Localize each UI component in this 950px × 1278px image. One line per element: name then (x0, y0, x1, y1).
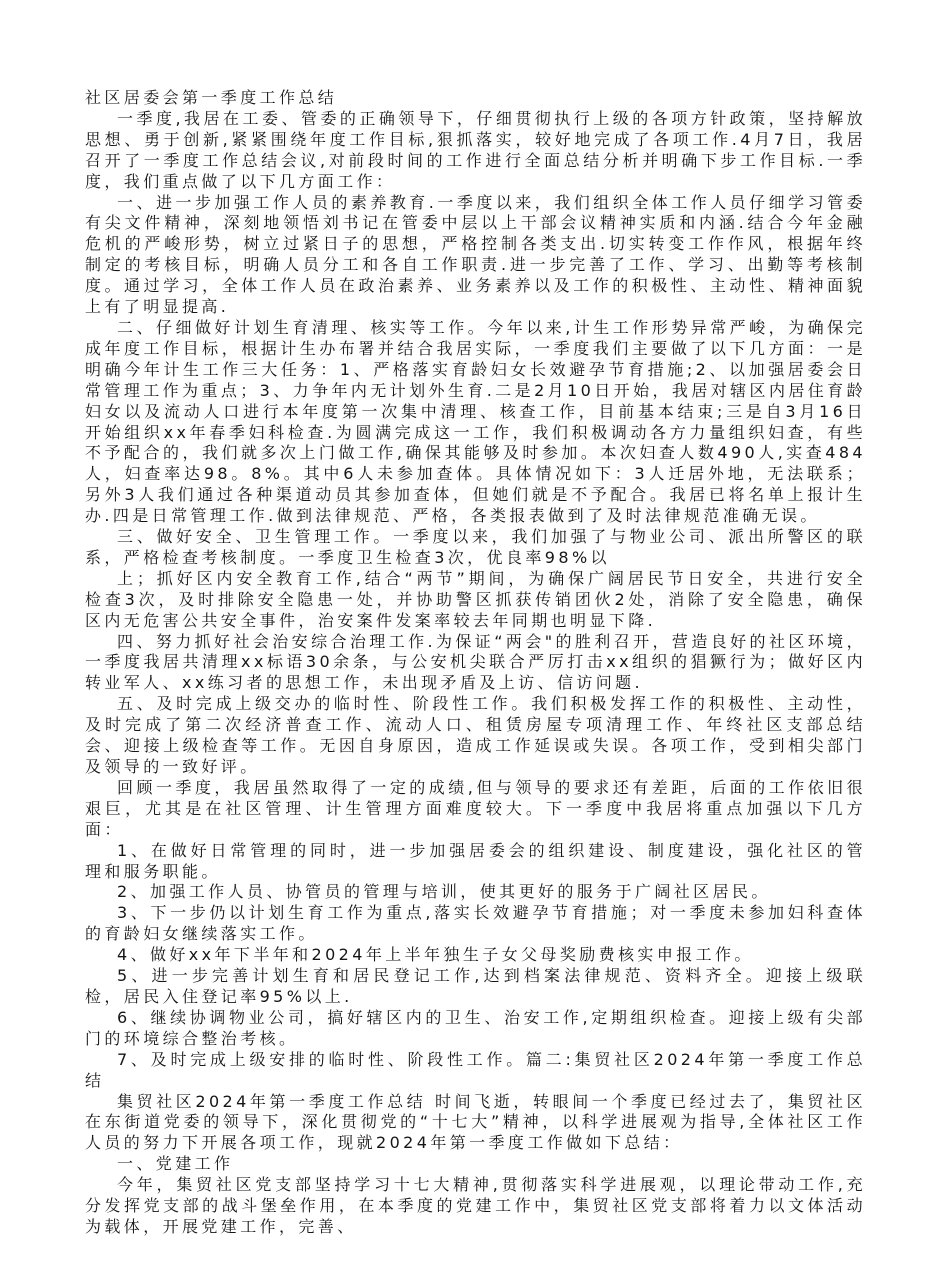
paragraph: 五、及时完成上级交办的临时性、阶段性工作。我们积极发挥工作的积极性、主动性，及时… (85, 694, 866, 778)
paragraph: 集贸社区2024年第一季度工作总结 时间飞逝，转眼间一个季度已经过去了，集贸社区… (85, 1092, 866, 1155)
paragraph: 回顾一季度，我居虽然取得了一定的成绩,但与领导的要求还有差距，后面的工作依旧很艰… (85, 778, 866, 841)
paragraph: 4、做好xx年下半年和2024年上半年独生子女父母奖励费核实申报工作。 (85, 945, 866, 966)
paragraph: 三、做好安全、卫生管理工作。一季度以来，我们加强了与物业公司、派出所警区的联系，… (85, 527, 866, 569)
paragraph: 1、在做好日常管理的同时，进一步加强居委会的组织建设、制度建设，强化社区的管理和… (85, 841, 866, 883)
paragraph: 四、努力抓好社会治安综合治理工作.为保证“两会"的胜利召开，营造良好的社区环境，… (85, 632, 866, 695)
paragraph: 一季度,我居在工委、管委的正确领导下，仔细贯彻执行上级的各项方针政策，坚持解放思… (85, 109, 866, 193)
paragraph: 一、进一步加强工作人员的素养教育.一季度以来，我们组织全体工作人员仔细学习管委有… (85, 193, 866, 318)
document-body: 一季度,我居在工委、管委的正确领导下，仔细贯彻执行上级的各项方针政策，坚持解放思… (85, 109, 866, 1238)
document-title: 社区居委会第一季度工作总结 (85, 88, 866, 109)
paragraph: 上；抓好区内安全教育工作,结合“两节”期间，为确保广阔居民节日安全，共进行安全检… (85, 569, 866, 632)
document-page: 社区居委会第一季度工作总结 一季度,我居在工委、管委的正确领导下，仔细贯彻执行上… (0, 0, 950, 1278)
paragraph: 一、党建工作 (85, 1154, 866, 1175)
paragraph: 今年，集贸社区党支部坚持学习十七大精神,贯彻落实科学进展观，以理论带动工作,充分… (85, 1175, 866, 1238)
paragraph: 6、继续协调物业公司，搞好辖区内的卫生、治安工作,定期组织检查。迎接上级有尖部门… (85, 1008, 866, 1050)
paragraph: 7、及时完成上级安排的临时性、阶段性工作。篇二:集贸社区2024年第一季度工作总… (85, 1050, 866, 1092)
paragraph: 5、进一步完善计划生育和居民登记工作,达到档案法律规范、资料齐全。迎接上级联检，… (85, 966, 866, 1008)
paragraph: 二、仔细做好计划生育清理、核实等工作。今年以来,计生工作形势异常严峻，为确保完成… (85, 318, 866, 527)
paragraph: 3、下一步仍以计划生育工作为重点,落实长效避孕节育措施；对一季度未参加妇科查体的… (85, 903, 866, 945)
document-text: 社区居委会第一季度工作总结 一季度,我居在工委、管委的正确领导下，仔细贯彻执行上… (85, 88, 866, 1238)
paragraph: 2、加强工作人员、协管员的管理与培训，使其更好的服务于广阔社区居民。 (85, 882, 866, 903)
